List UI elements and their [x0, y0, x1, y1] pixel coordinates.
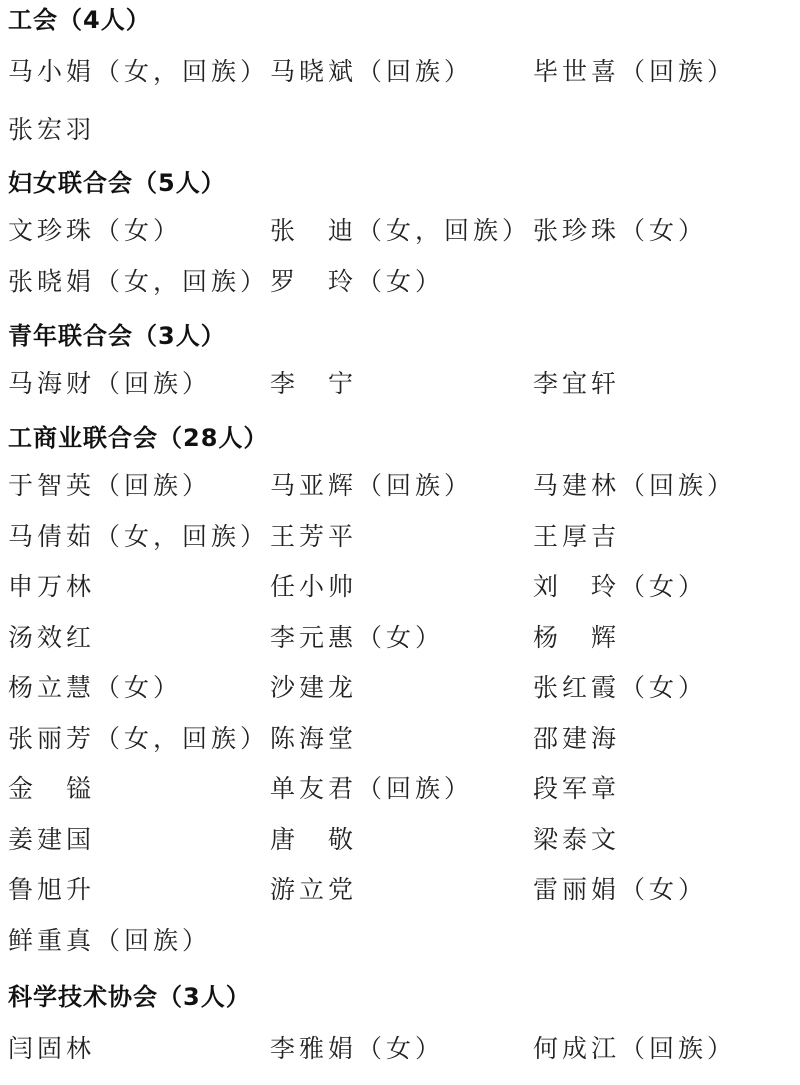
- member-name: 陈海堂: [270, 714, 357, 765]
- member-name: 何成江（回族）: [533, 1024, 736, 1075]
- member-name: 张丽芳（女，回族）: [8, 714, 269, 765]
- member-row: 文珍珠（女） 张 迪（女，回族） 张珍珠（女）: [8, 206, 800, 257]
- member-name: 王芳平: [270, 512, 357, 563]
- member-name: 鲁旭升: [8, 865, 95, 916]
- member-name: 雷丽娟（女）: [533, 865, 707, 916]
- member-name: 马晓斌（回族）: [270, 47, 473, 98]
- section-federation-of-industry-and-commerce: 工商业联合会（28人） 于智英（回族） 马亚辉（回族） 马建林（回族） 马倩茹（…: [8, 418, 800, 966]
- member-row: 金 镒 单友君（回族） 段军章: [8, 764, 800, 815]
- section-title: 科学技术协会（3人）: [8, 977, 800, 1017]
- member-name: 张晓娟（女，回族）: [8, 257, 269, 308]
- member-name: 邵建海: [533, 714, 620, 765]
- member-name: 王厚吉: [533, 512, 620, 563]
- member-name: 李 宁: [270, 359, 357, 410]
- member-name: 任小帅: [270, 562, 357, 613]
- section-youth-federation: 青年联合会（3人） 马海财（回族） 李 宁 李宜轩: [8, 316, 800, 410]
- member-row: 于智英（回族） 马亚辉（回族） 马建林（回族）: [8, 461, 800, 512]
- member-name: 鲜重真（回族）: [8, 916, 211, 967]
- member-row: 姜建国 唐 敬 梁泰文: [8, 815, 800, 866]
- member-row: 汤效红 李元惠（女） 杨 辉: [8, 613, 800, 664]
- member-name: 马小娟（女，回族）: [8, 47, 269, 98]
- member-name: 沙建龙: [270, 663, 357, 714]
- member-name: 刘 玲（女）: [533, 562, 707, 613]
- member-name: 闫固林: [8, 1024, 95, 1075]
- member-row: 张晓娟（女，回族） 罗 玲（女）: [8, 257, 800, 308]
- section-title: 妇女联合会（5人）: [8, 163, 800, 203]
- section-science-and-technology-association: 科学技术协会（3人） 闫固林 李雅娟（女） 何成江（回族）: [8, 977, 800, 1075]
- member-name: 金 镒: [8, 764, 95, 815]
- member-row: 杨立慧（女） 沙建龙 张红霞（女）: [8, 663, 800, 714]
- member-row: 张宏羽: [8, 105, 800, 156]
- member-name: 张珍珠（女）: [533, 206, 707, 257]
- member-row: 马倩茹（女，回族） 王芳平 王厚吉: [8, 512, 800, 563]
- section-title: 青年联合会（3人）: [8, 316, 800, 356]
- member-row: 鲁旭升 游立党 雷丽娟（女）: [8, 865, 800, 916]
- member-name: 姜建国: [8, 815, 95, 866]
- member-name: 马倩茹（女，回族）: [8, 512, 269, 563]
- section-title: 工会（4人）: [8, 0, 800, 40]
- member-name: 张 迪（女，回族）: [270, 206, 531, 257]
- member-row: 马小娟（女，回族） 马晓斌（回族） 毕世喜（回族）: [8, 47, 800, 98]
- member-row: 鲜重真（回族）: [8, 916, 800, 967]
- section-trade-union: 工会（4人） 马小娟（女，回族） 马晓斌（回族） 毕世喜（回族） 张宏羽: [8, 0, 800, 155]
- member-name: 段军章: [533, 764, 620, 815]
- member-name: 梁泰文: [533, 815, 620, 866]
- member-name: 马亚辉（回族）: [270, 461, 473, 512]
- member-name: 马建林（回族）: [533, 461, 736, 512]
- member-name: 毕世喜（回族）: [533, 47, 736, 98]
- member-name: 李元惠（女）: [270, 613, 444, 664]
- member-name: 申万林: [8, 562, 95, 613]
- section-title: 工商业联合会（28人）: [8, 418, 800, 458]
- member-name: 于智英（回族）: [8, 461, 211, 512]
- member-row: 马海财（回族） 李 宁 李宜轩: [8, 359, 800, 410]
- member-name: 文珍珠（女）: [8, 206, 182, 257]
- section-womens-federation: 妇女联合会（5人） 文珍珠（女） 张 迪（女，回族） 张珍珠（女） 张晓娟（女，…: [8, 163, 800, 307]
- member-name: 罗 玲（女）: [270, 257, 444, 308]
- member-row: 闫固林 李雅娟（女） 何成江（回族）: [8, 1024, 800, 1075]
- member-row: 申万林 任小帅 刘 玲（女）: [8, 562, 800, 613]
- member-name: 李宜轩: [533, 359, 620, 410]
- member-name: 唐 敬: [270, 815, 357, 866]
- member-row: 张丽芳（女，回族） 陈海堂 邵建海: [8, 714, 800, 765]
- member-name: 杨 辉: [533, 613, 620, 664]
- member-name: 杨立慧（女）: [8, 663, 182, 714]
- member-name: 张宏羽: [8, 105, 95, 156]
- member-name: 张红霞（女）: [533, 663, 707, 714]
- member-name: 汤效红: [8, 613, 95, 664]
- member-name: 李雅娟（女）: [270, 1024, 444, 1075]
- member-name: 单友君（回族）: [270, 764, 473, 815]
- member-name: 马海财（回族）: [8, 359, 211, 410]
- member-name: 游立党: [270, 865, 357, 916]
